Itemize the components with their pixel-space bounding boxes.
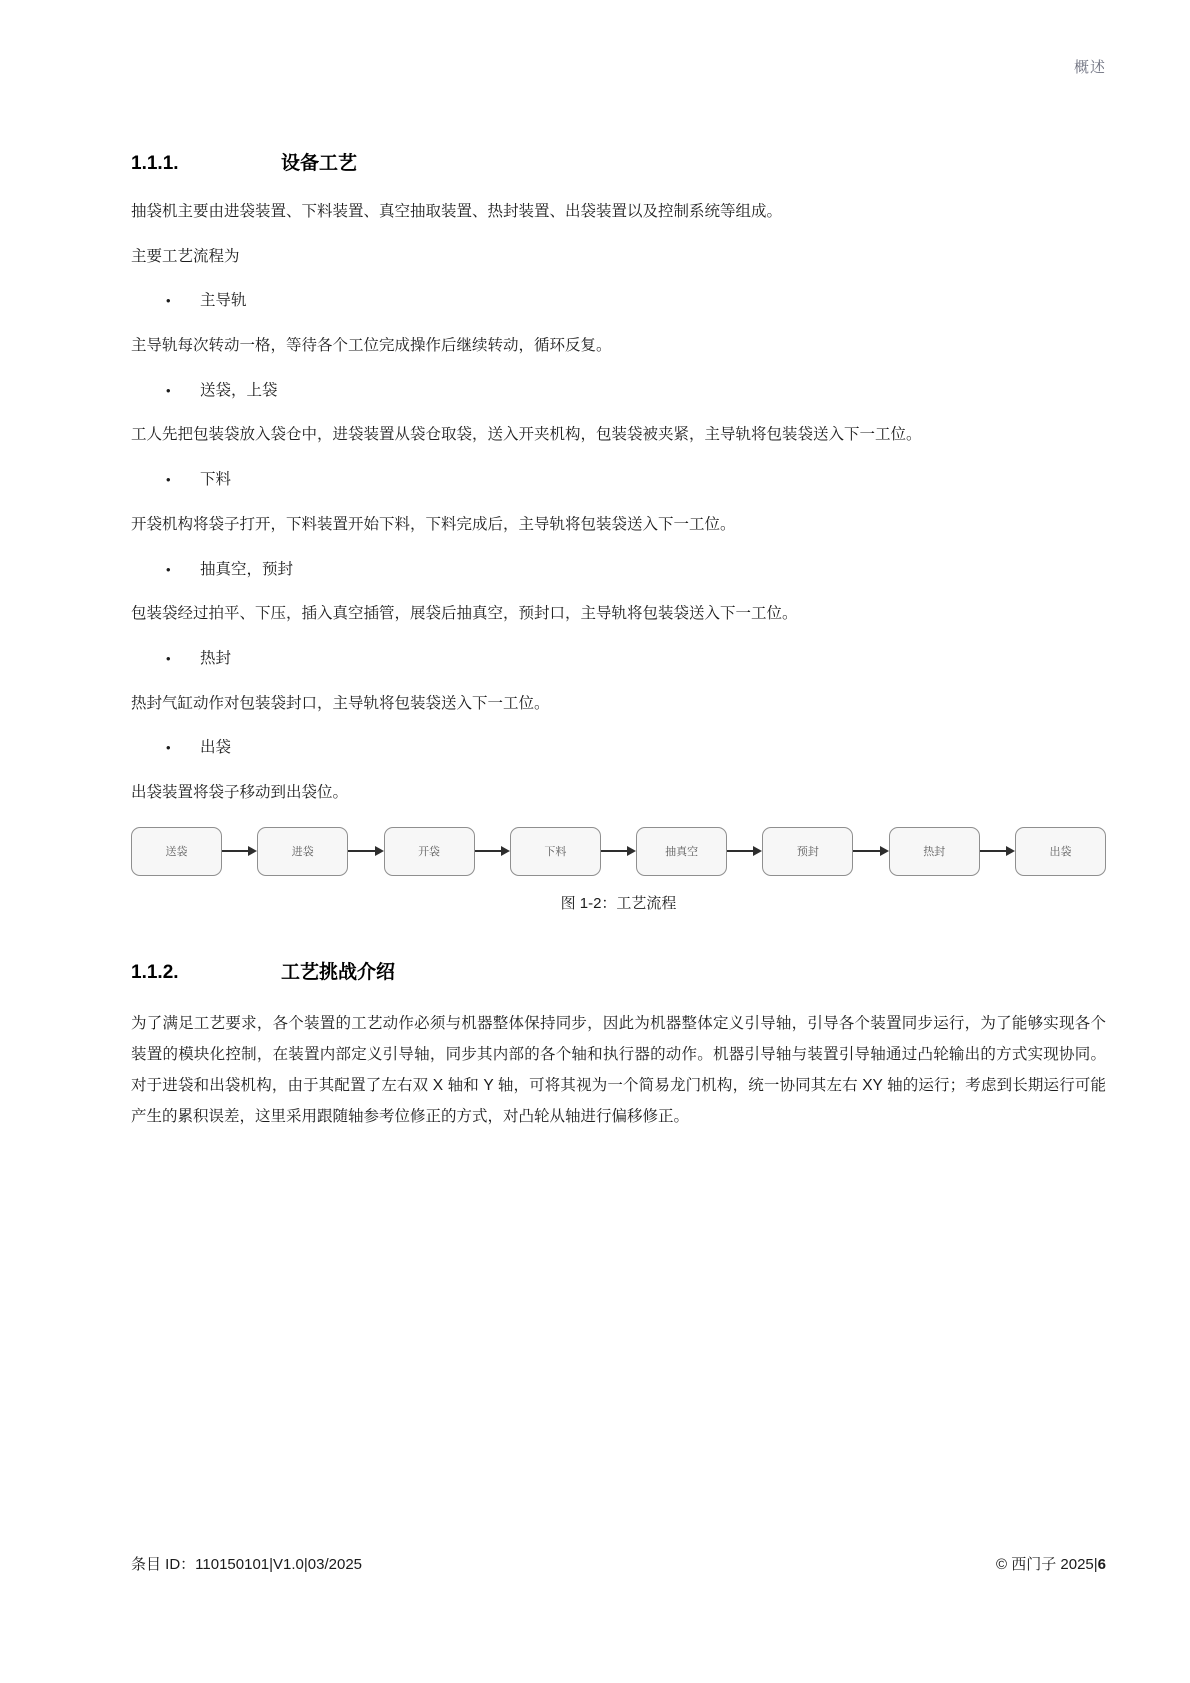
figure-caption: 图 1-2：工艺流程 bbox=[131, 892, 1106, 913]
running-header: 概述 bbox=[1074, 56, 1106, 77]
flow-step-box: 抽真空 bbox=[636, 827, 727, 876]
flow-step-box: 开袋 bbox=[384, 827, 475, 876]
section-number: 1.1.1. bbox=[131, 153, 281, 175]
process-flow-diagram: 送袋 进袋 开袋 下料 抽真空 预封 热封 出袋 bbox=[131, 827, 1106, 876]
paragraph-step-desc: 包装袋经过拍平、下压，插入真空插管，展袋后抽真空，预封口，主导轨将包装袋送入下一… bbox=[131, 603, 1106, 625]
arrow-right-icon bbox=[980, 850, 1007, 852]
list-item-label: 下料 bbox=[200, 471, 231, 488]
paragraph-step-desc: 出袋装置将袋子移动到出袋位。 bbox=[131, 782, 1106, 804]
arrow-right-icon bbox=[601, 850, 628, 852]
section-title: 设备工艺 bbox=[281, 148, 357, 175]
arrow-right-icon bbox=[222, 850, 249, 852]
document-page: 概述 1.1.1. 设备工艺 抽袋机主要由进袋装置、下料装置、真空抽取装置、热封… bbox=[0, 0, 1190, 1683]
paragraph-step-desc: 工人先把包装袋放入袋仓中，进袋装置从袋仓取袋，送入开夹机构，包装袋被夹紧，主导轨… bbox=[131, 424, 1106, 446]
section-heading-1-1-2: 1.1.2. 工艺挑战介绍 bbox=[131, 957, 1106, 984]
bullet-icon bbox=[166, 559, 200, 581]
footer-document-id: 条目 ID：110150101|V1.0|03/2025 bbox=[131, 1553, 362, 1574]
bullet-icon bbox=[166, 380, 200, 402]
list-item-label: 送袋，上袋 bbox=[200, 382, 278, 399]
flow-step-box: 出袋 bbox=[1015, 827, 1106, 876]
page-content: 1.1.1. 设备工艺 抽袋机主要由进袋装置、下料装置、真空抽取装置、热封装置、… bbox=[131, 148, 1106, 1132]
section-number: 1.1.2. bbox=[131, 962, 281, 984]
flow-step-box: 预封 bbox=[762, 827, 853, 876]
bullet-icon bbox=[166, 737, 200, 759]
paragraph-section2-body: 为了满足工艺要求，各个装置的工艺动作必须与机器整体保持同步，因此为机器整体定义引… bbox=[131, 1008, 1106, 1132]
list-item: 抽真空，预封 bbox=[131, 559, 1106, 581]
page-number: 6 bbox=[1098, 1556, 1106, 1573]
paragraph-intro: 抽袋机主要由进袋装置、下料装置、真空抽取装置、热封装置、出袋装置以及控制系统等组… bbox=[131, 201, 1106, 223]
arrow-right-icon bbox=[853, 850, 880, 852]
bullet-icon bbox=[166, 648, 200, 670]
list-item-label: 热封 bbox=[200, 650, 231, 667]
flow-step-box: 进袋 bbox=[257, 827, 348, 876]
list-item: 热封 bbox=[131, 648, 1106, 670]
list-item: 下料 bbox=[131, 469, 1106, 491]
page-footer: 条目 ID：110150101|V1.0|03/2025 © 西门子 2025|… bbox=[131, 1553, 1106, 1574]
paragraph-step-desc: 开袋机构将袋子打开，下料装置开始下料，下料完成后，主导轨将包装袋送入下一工位。 bbox=[131, 514, 1106, 536]
flow-step-box: 送袋 bbox=[131, 827, 222, 876]
paragraph-flow-lead: 主要工艺流程为 bbox=[131, 246, 1106, 268]
bullet-icon bbox=[166, 290, 200, 312]
list-item-label: 出袋 bbox=[200, 739, 231, 756]
copyright-text: © 西门子 2025| bbox=[996, 1556, 1098, 1573]
paragraph-step-desc: 热封气缸动作对包装袋封口，主导轨将包装袋送入下一工位。 bbox=[131, 693, 1106, 715]
list-item-label: 抽真空，预封 bbox=[200, 561, 293, 578]
arrow-right-icon bbox=[348, 850, 375, 852]
arrow-right-icon bbox=[727, 850, 754, 852]
footer-copyright: © 西门子 2025|6 bbox=[996, 1553, 1106, 1574]
paragraph-step-desc: 主导轨每次转动一格，等待各个工位完成操作后继续转动，循环反复。 bbox=[131, 335, 1106, 357]
flow-step-box: 下料 bbox=[510, 827, 601, 876]
list-item: 送袋，上袋 bbox=[131, 380, 1106, 402]
arrow-right-icon bbox=[475, 850, 502, 852]
flow-step-box: 热封 bbox=[889, 827, 980, 876]
bullet-icon bbox=[166, 469, 200, 491]
list-item-label: 主导轨 bbox=[200, 292, 247, 309]
section-heading-1-1-1: 1.1.1. 设备工艺 bbox=[131, 148, 1106, 175]
list-item: 出袋 bbox=[131, 737, 1106, 759]
list-item: 主导轨 bbox=[131, 290, 1106, 312]
section-title: 工艺挑战介绍 bbox=[281, 957, 395, 984]
